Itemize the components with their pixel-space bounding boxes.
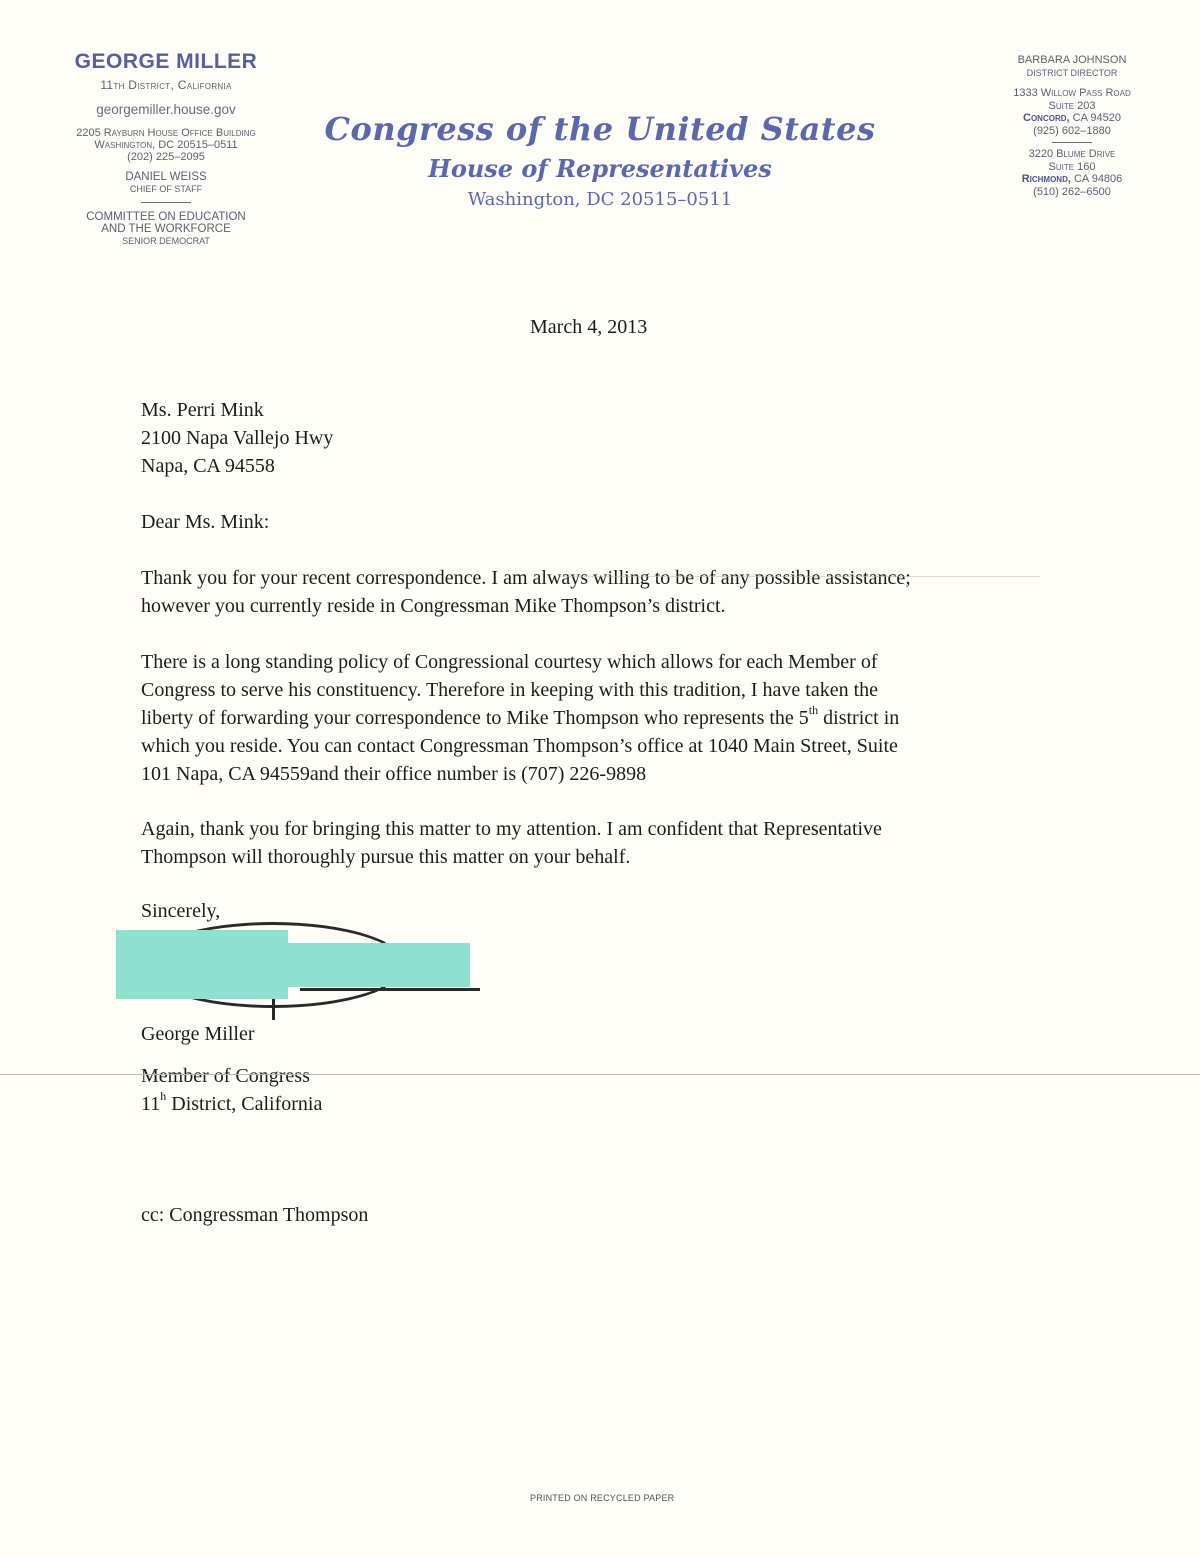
paper-fold-line xyxy=(0,1074,1200,1075)
paragraph-2: There is a long standing policy of Congr… xyxy=(141,648,1046,788)
letter-date: March 4, 2013 xyxy=(530,316,647,339)
paragraph-2-line: which you reside. You can contact Congre… xyxy=(141,732,1046,760)
text-span: liberty of forwarding your correspondenc… xyxy=(141,707,809,729)
letterhead-right: BARBARA JOHNSON DISTRICT DIRECTOR 1333 W… xyxy=(1000,54,1144,198)
recipient-name: Ms. Perri Mink xyxy=(141,396,1046,424)
letterhead-left: GEORGE MILLER 11th District, California … xyxy=(50,50,282,247)
signature-redaction xyxy=(116,930,288,999)
chief-of-staff-title: CHIEF OF STAFF xyxy=(50,183,282,195)
committee-role: SENIOR DEMOCRAT xyxy=(50,235,282,247)
committee-line2: AND THE WORKFORCE xyxy=(50,223,282,235)
concord-state-zip: CA 94520 xyxy=(1073,112,1121,124)
richmond-office: 3220 Blume Drive Suite 160 Richmond, CA … xyxy=(1000,148,1144,198)
divider xyxy=(141,202,191,203)
letterhead-center: Congress of the United States House of R… xyxy=(300,110,900,210)
congress-title: Congress of the United States xyxy=(300,110,900,148)
concord-city: Concord, xyxy=(1023,112,1070,124)
superscript: th xyxy=(809,703,818,717)
signature-stroke xyxy=(300,988,480,991)
signer-name: George Miller xyxy=(141,1020,1046,1048)
dc-address-line1: 2205 Rayburn House Office Building xyxy=(50,127,282,139)
committee-block: COMMITTEE ON EDUCATION AND THE WORKFORCE… xyxy=(50,211,282,247)
member-district: 11th District, California xyxy=(50,78,282,92)
district-director-title: DISTRICT DIRECTOR xyxy=(1000,67,1144,80)
richmond-suite: Suite 160 xyxy=(1000,161,1144,174)
signer-district: 11h District, California xyxy=(141,1090,1046,1118)
dc-phone: (202) 225–2095 xyxy=(50,151,282,163)
signer-title: Member of Congress xyxy=(141,1062,1046,1090)
divider xyxy=(1052,142,1092,143)
concord-phone: (925) 602–1880 xyxy=(1000,125,1144,138)
recycled-paper-note: PRINTED ON RECYCLED PAPER xyxy=(530,1493,674,1503)
paper-fold-line xyxy=(560,576,1040,577)
paragraph-1-line: however you currently reside in Congress… xyxy=(141,592,1046,620)
text-span: 11 xyxy=(141,1093,160,1115)
text-span: District, California xyxy=(166,1093,322,1115)
dc-office-address: 2205 Rayburn House Office Building Washi… xyxy=(50,127,282,163)
paragraph-3-line: Again, thank you for bringing this matte… xyxy=(141,815,1046,843)
paragraph-1-line: Thank you for your recent correspondence… xyxy=(141,564,1046,592)
concord-office: 1333 Willow Pass Road Suite 203 Concord,… xyxy=(1000,87,1144,137)
chief-of-staff: DANIEL WEISS CHIEF OF STAFF xyxy=(50,171,282,195)
recipient-street: 2100 Napa Vallejo Hwy xyxy=(141,424,1046,452)
closing: Sincerely, xyxy=(141,897,1046,925)
signature-redaction xyxy=(288,943,470,987)
richmond-city: Richmond, xyxy=(1022,173,1071,185)
washington-address: Washington, DC 20515–0511 xyxy=(300,189,900,210)
text-span: district in xyxy=(818,707,899,729)
richmond-phone: (510) 262–6500 xyxy=(1000,186,1144,199)
recipient-city: Napa, CA 94558 xyxy=(141,452,1046,480)
paragraph-2-line: 101 Napa, CA 94559and their office numbe… xyxy=(141,760,1046,788)
cc-line: cc: Congressman Thompson xyxy=(141,1201,1046,1229)
district-director-name: BARBARA JOHNSON xyxy=(1000,54,1144,67)
paragraph-3-line: Thompson will thoroughly pursue this mat… xyxy=(141,843,1046,871)
paragraph-2-line: There is a long standing policy of Congr… xyxy=(141,648,1046,676)
richmond-street: 3220 Blume Drive xyxy=(1000,148,1144,161)
paragraph-2-line: Congress to serve his constituency. Ther… xyxy=(141,676,1046,704)
chief-of-staff-name: DANIEL WEISS xyxy=(50,171,282,183)
concord-suite: Suite 203 xyxy=(1000,100,1144,113)
paragraph-3: Again, thank you for bringing this matte… xyxy=(141,815,1046,871)
committee-line1: COMMITTEE ON EDUCATION xyxy=(50,211,282,223)
recipient-address: Ms. Perri Mink 2100 Napa Vallejo Hwy Nap… xyxy=(141,396,1046,480)
dc-address-line2: Washington, DC 20515–0511 xyxy=(50,139,282,151)
richmond-state-zip: CA 94806 xyxy=(1074,173,1122,185)
member-name: GEORGE MILLER xyxy=(50,50,282,74)
paragraph-1: Thank you for your recent correspondence… xyxy=(141,564,1046,620)
member-website: georgemiller.house.gov xyxy=(50,102,282,117)
concord-street: 1333 Willow Pass Road xyxy=(1000,87,1144,100)
house-title: House of Representatives xyxy=(300,154,900,183)
paragraph-2-line: liberty of forwarding your correspondenc… xyxy=(141,704,1046,732)
salutation: Dear Ms. Mink: xyxy=(141,508,1046,536)
